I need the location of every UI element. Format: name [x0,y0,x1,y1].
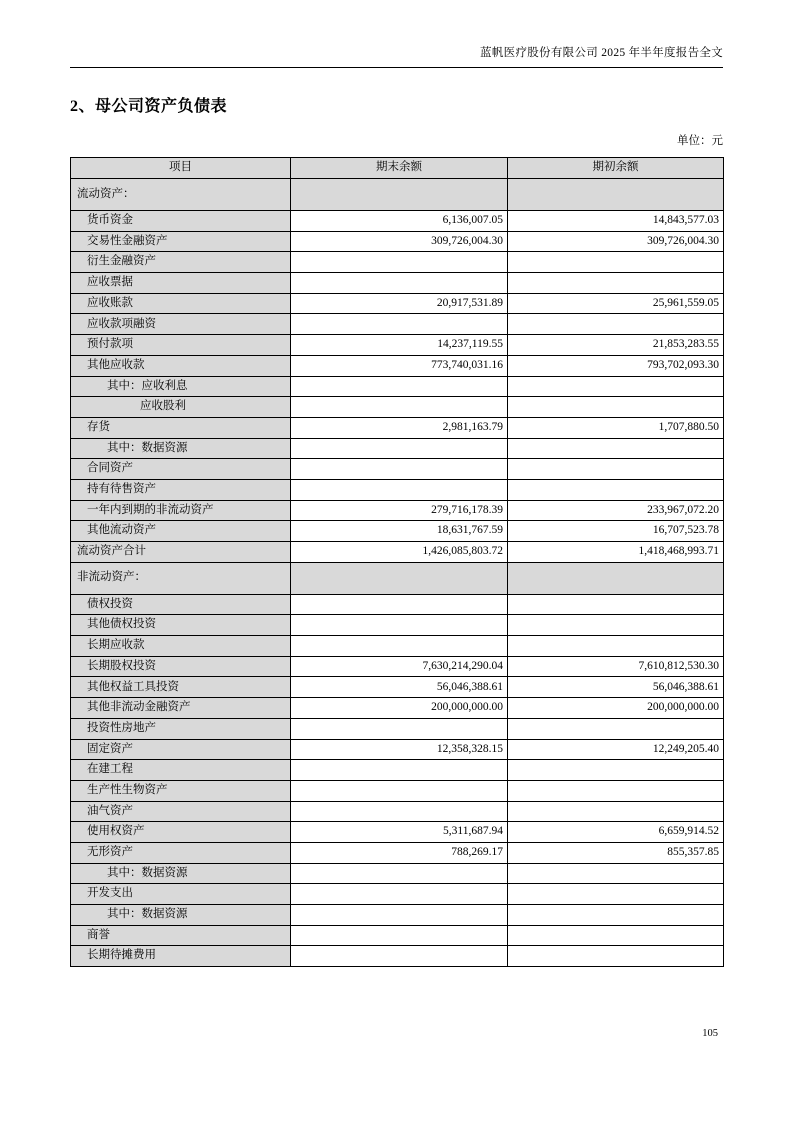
table-row: 应收账款20,917,531.8925,961,559.05 [71,293,724,314]
ending-balance-cell [291,479,508,500]
row-label: 存货 [71,417,291,438]
beginning-balance-cell [508,562,724,594]
table-row: 长期待摊费用 [71,946,724,967]
ending-balance-cell [291,438,508,459]
row-label: 持有待售资产 [71,479,291,500]
beginning-balance-cell [508,946,724,967]
ending-balance-cell [291,780,508,801]
table-row: 其中：数据资源 [71,905,724,926]
ending-balance-cell [291,459,508,480]
row-label: 其他权益工具投资 [71,677,291,698]
table-row: 债权投资 [71,594,724,615]
ending-balance-cell: 1,426,085,803.72 [291,542,508,563]
ending-balance-cell [291,884,508,905]
row-label: 合同资产 [71,459,291,480]
ending-balance-cell [291,397,508,418]
table-row: 一年内到期的非流动资产279,716,178.39233,967,072.20 [71,500,724,521]
ending-balance-cell [291,905,508,926]
beginning-balance-cell [508,397,724,418]
table-row: 其他权益工具投资56,046,388.6156,046,388.61 [71,677,724,698]
ending-balance-cell: 5,311,687.94 [291,822,508,843]
ending-balance-cell [291,718,508,739]
table-row: 存货2,981,163.791,707,880.50 [71,417,724,438]
row-label: 预付款项 [71,335,291,356]
row-label: 商誉 [71,925,291,946]
ending-balance-cell: 279,716,178.39 [291,500,508,521]
beginning-balance-cell [508,314,724,335]
table-body: 流动资产：货币资金6,136,007.0514,843,577.03交易性金融资… [71,179,724,967]
table-row: 流动资产合计1,426,085,803.721,418,468,993.71 [71,542,724,563]
row-label: 流动资产合计 [71,542,291,563]
row-label: 其中：应收利息 [71,376,291,397]
table-row: 持有待售资产 [71,479,724,500]
row-label: 应收票据 [71,273,291,294]
row-label: 固定资产 [71,739,291,760]
ending-balance-cell: 14,237,119.55 [291,335,508,356]
table-row: 合同资产 [71,459,724,480]
ending-balance-cell: 12,358,328.15 [291,739,508,760]
ending-balance-cell: 20,917,531.89 [291,293,508,314]
section-row: 流动资产： [71,179,724,211]
beginning-balance-cell [508,718,724,739]
beginning-balance-cell: 855,357.85 [508,842,724,863]
column-header-ending-balance: 期末余额 [291,158,508,179]
table-row: 固定资产12,358,328.1512,249,205.40 [71,739,724,760]
ending-balance-cell [291,562,508,594]
row-label: 交易性金融资产 [71,231,291,252]
beginning-balance-cell [508,179,724,211]
table-row: 其他流动资产18,631,767.5916,707,523.78 [71,521,724,542]
ending-balance-cell [291,314,508,335]
ending-balance-cell: 2,981,163.79 [291,417,508,438]
beginning-balance-cell: 309,726,004.30 [508,231,724,252]
row-label: 在建工程 [71,760,291,781]
beginning-balance-cell [508,252,724,273]
row-label: 使用权资产 [71,822,291,843]
running-header-text: 蓝帆医疗股份有限公司 2025 年半年度报告全文 [480,47,723,59]
table-row: 其他应收款773,740,031.16793,702,093.30 [71,355,724,376]
table-row: 预付款项14,237,119.5521,853,283.55 [71,335,724,356]
ending-balance-cell: 56,046,388.61 [291,677,508,698]
row-label: 油气资产 [71,801,291,822]
ending-balance-cell [291,636,508,657]
beginning-balance-cell: 1,707,880.50 [508,417,724,438]
ending-balance-cell: 773,740,031.16 [291,355,508,376]
row-label: 应收账款 [71,293,291,314]
column-header-item: 项目 [71,158,291,179]
row-label: 非流动资产： [71,562,291,594]
table-row: 在建工程 [71,760,724,781]
document-page: 蓝帆医疗股份有限公司 2025 年半年度报告全文 2、母公司资产负债表 单位：元… [0,0,794,1123]
table-row: 无形资产788,269.17855,357.85 [71,842,724,863]
row-label: 其中：数据资源 [71,438,291,459]
ending-balance-cell: 309,726,004.30 [291,231,508,252]
beginning-balance-cell: 12,249,205.40 [508,739,724,760]
beginning-balance-cell [508,801,724,822]
row-label: 债权投资 [71,594,291,615]
ending-balance-cell: 788,269.17 [291,842,508,863]
beginning-balance-cell [508,376,724,397]
row-label: 其他应收款 [71,355,291,376]
beginning-balance-cell [508,594,724,615]
beginning-balance-cell: 56,046,388.61 [508,677,724,698]
table-row: 使用权资产5,311,687.946,659,914.52 [71,822,724,843]
table-row: 交易性金融资产309,726,004.30309,726,004.30 [71,231,724,252]
table-row: 其中：数据资源 [71,863,724,884]
row-label: 其中：数据资源 [71,905,291,926]
beginning-balance-cell: 14,843,577.03 [508,211,724,232]
beginning-balance-cell: 200,000,000.00 [508,698,724,719]
ending-balance-cell: 7,630,214,290.04 [291,656,508,677]
row-label: 生产性生物资产 [71,780,291,801]
row-label: 货币资金 [71,211,291,232]
beginning-balance-cell [508,615,724,636]
ending-balance-cell [291,594,508,615]
table-row: 投资性房地产 [71,718,724,739]
table-row: 衍生金融资产 [71,252,724,273]
beginning-balance-cell: 233,967,072.20 [508,500,724,521]
row-label: 其他非流动金融资产 [71,698,291,719]
ending-balance-cell: 6,136,007.05 [291,211,508,232]
row-label: 应收股利 [71,397,291,418]
ending-balance-cell [291,179,508,211]
page-number: 105 [70,1028,718,1039]
beginning-balance-cell: 25,961,559.05 [508,293,724,314]
row-label: 一年内到期的非流动资产 [71,500,291,521]
beginning-balance-cell [508,273,724,294]
table-row: 其他非流动金融资产200,000,000.00200,000,000.00 [71,698,724,719]
beginning-balance-cell [508,780,724,801]
ending-balance-cell: 18,631,767.59 [291,521,508,542]
ending-balance-cell [291,946,508,967]
beginning-balance-cell: 6,659,914.52 [508,822,724,843]
table-row: 其他债权投资 [71,615,724,636]
beginning-balance-cell: 793,702,093.30 [508,355,724,376]
beginning-balance-cell [508,863,724,884]
ending-balance-cell [291,376,508,397]
table-header-row: 项目 期末余额 期初余额 [71,158,724,179]
row-label: 其中：数据资源 [71,863,291,884]
unit-label: 单位：元 [70,132,723,148]
column-header-beginning-balance: 期初余额 [508,158,724,179]
running-header: 蓝帆医疗股份有限公司 2025 年半年度报告全文 [70,44,723,68]
beginning-balance-cell: 16,707,523.78 [508,521,724,542]
row-label: 开发支出 [71,884,291,905]
ending-balance-cell [291,925,508,946]
section-row: 非流动资产： [71,562,724,594]
ending-balance-cell [291,760,508,781]
beginning-balance-cell [508,760,724,781]
table-row: 生产性生物资产 [71,780,724,801]
beginning-balance-cell [508,438,724,459]
table-row: 应收款项融资 [71,314,724,335]
row-label: 长期待摊费用 [71,946,291,967]
row-label: 衍生金融资产 [71,252,291,273]
row-label: 长期应收款 [71,636,291,657]
table-row: 其中：应收利息 [71,376,724,397]
row-label: 流动资产： [71,179,291,211]
table-row: 开发支出 [71,884,724,905]
table-row: 应收股利 [71,397,724,418]
ending-balance-cell: 200,000,000.00 [291,698,508,719]
balance-sheet-table: 项目 期末余额 期初余额 流动资产：货币资金6,136,007.0514,843… [70,157,724,967]
ending-balance-cell [291,252,508,273]
beginning-balance-cell: 7,610,812,530.30 [508,656,724,677]
row-label: 其他债权投资 [71,615,291,636]
beginning-balance-cell [508,479,724,500]
table-row: 长期应收款 [71,636,724,657]
row-label: 长期股权投资 [71,656,291,677]
section-title: 2、母公司资产负债表 [70,93,227,116]
table-row: 货币资金6,136,007.0514,843,577.03 [71,211,724,232]
ending-balance-cell [291,801,508,822]
table-row: 长期股权投资7,630,214,290.047,610,812,530.30 [71,656,724,677]
beginning-balance-cell: 1,418,468,993.71 [508,542,724,563]
table-row: 商誉 [71,925,724,946]
row-label: 其他流动资产 [71,521,291,542]
row-label: 投资性房地产 [71,718,291,739]
ending-balance-cell [291,615,508,636]
row-label: 无形资产 [71,842,291,863]
ending-balance-cell [291,863,508,884]
table-row: 油气资产 [71,801,724,822]
beginning-balance-cell [508,905,724,926]
table-row: 其中：数据资源 [71,438,724,459]
beginning-balance-cell [508,925,724,946]
row-label: 应收款项融资 [71,314,291,335]
ending-balance-cell [291,273,508,294]
beginning-balance-cell [508,884,724,905]
beginning-balance-cell [508,636,724,657]
beginning-balance-cell: 21,853,283.55 [508,335,724,356]
beginning-balance-cell [508,459,724,480]
table-row: 应收票据 [71,273,724,294]
